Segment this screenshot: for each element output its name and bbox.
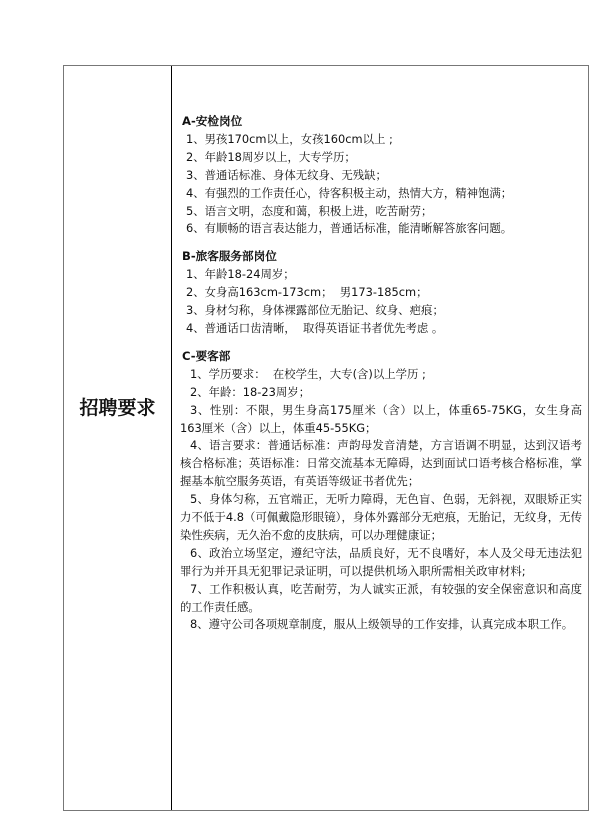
list-item: 5、语言文明，态度和蔼，积极上进，吃苦耐劳；: [180, 203, 582, 221]
list-item: 2、年龄：18-23周岁；: [180, 384, 582, 402]
list-item: 5、身体匀称，五官端正，无听力障碍，无色盲、色弱，无斜视，双眼矫正实力不低于4.…: [180, 491, 582, 545]
list-item: 6、有顺畅的语言表达能力，普通话标准，能清晰解答旅客问题。: [180, 220, 582, 238]
list-item: 1、学历要求： 在校学生，大专(含)以上学历 ;: [180, 366, 582, 384]
section-title: C-要客部: [182, 348, 582, 366]
section-passenger-service-post: B-旅客服务部岗位 1、年龄18-24周岁； 2、女身高163cm-173cm；…: [180, 248, 582, 338]
section-title: A-安检岗位: [182, 113, 582, 131]
list-item: 4、普通话口齿清晰， 取得英语证书者优先考虑 。: [180, 320, 582, 338]
list-item: 1、男孩170cm以上，女孩160cm以上 ;: [180, 131, 582, 149]
list-item: 6、政治立场坚定，遵纪守法，品质良好，无不良嗜好，本人及父母无违法犯罪行为并开具…: [180, 545, 582, 581]
label-cell: 招聘要求: [64, 66, 172, 810]
section-security-post: A-安检岗位 1、男孩170cm以上，女孩160cm以上 ; 2、年龄18周岁以…: [180, 113, 582, 238]
section-title: B-旅客服务部岗位: [182, 248, 582, 266]
list-item: 1、年龄18-24周岁；: [180, 266, 582, 284]
list-item: 3、普通话标准、身体无纹身、无残缺；: [180, 167, 582, 185]
list-item: 3、身材匀称，身体裸露部位无胎记、纹身、疤痕；: [180, 302, 582, 320]
list-item: 7、工作积极认真，吃苦耐劳，为人诚实正派，有较强的安全保密意识和高度的工作责任感…: [180, 581, 582, 617]
list-item: 3、性别：不限，男生身高175厘米（含）以上，体重65-75KG，女生身高163…: [180, 402, 582, 438]
row-label: 招聘要求: [79, 393, 155, 420]
list-item: 2、女身高163cm-173cm； 男173-185cm；: [180, 284, 582, 302]
recruitment-requirements-table: 招聘要求 A-安检岗位 1、男孩170cm以上，女孩160cm以上 ; 2、年龄…: [63, 65, 589, 811]
section-vip-department: C-要客部 1、学历要求： 在校学生，大专(含)以上学历 ; 2、年龄：18-2…: [180, 348, 582, 635]
list-item: 4、语言要求：普通话标准：声韵母发音清楚，方言语调不明显，达到汉语考核合格标准；…: [180, 437, 582, 491]
content-cell: A-安检岗位 1、男孩170cm以上，女孩160cm以上 ; 2、年龄18周岁以…: [172, 66, 588, 810]
list-item: 8、遵守公司各项规章制度，服从上级领导的工作安排，认真完成本职工作。: [180, 616, 582, 634]
list-item: 2、年龄18周岁以上，大专学历；: [180, 149, 582, 167]
list-item: 4、有强烈的工作责任心，待客积极主动，热情大方，精神饱满；: [180, 185, 582, 203]
